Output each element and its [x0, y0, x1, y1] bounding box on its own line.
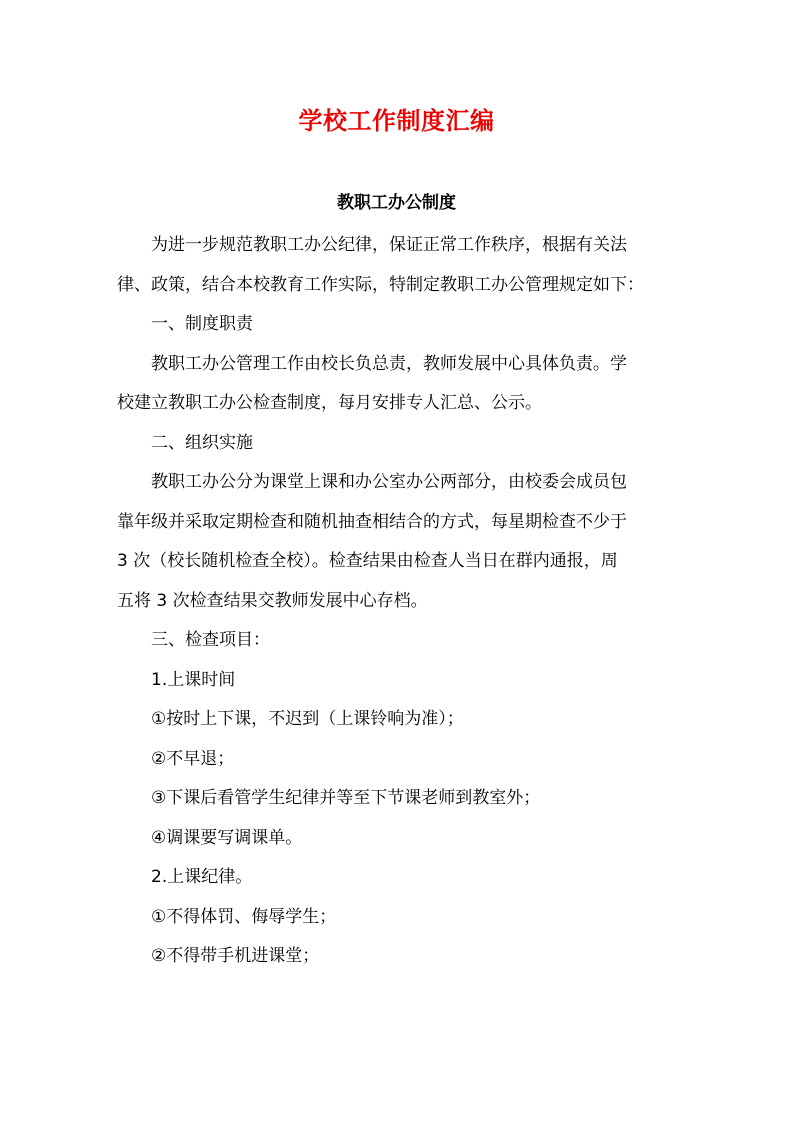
subheading-class-discipline: 2.上课纪律。: [117, 858, 683, 898]
section-title: 教职工办公制度: [0, 188, 793, 213]
subheading-class-time: 1.上课时间: [117, 661, 683, 701]
document-title: 学校工作制度汇编: [0, 101, 793, 136]
intro-line-2: 律、政策，结合本校教育工作实际，特制定教职工办公管理规定如下：: [117, 266, 683, 306]
implementation-line-2: 靠年级并采取定期检查和随机抽查相结合的方式，每星期检查不少于: [117, 503, 683, 543]
implementation-line-1: 教职工办公分为课堂上课和办公室办公两部分，由校委会成员包: [117, 463, 683, 503]
list-item: ①不得体罚、侮辱学生；: [117, 898, 683, 938]
heading-implementation: 二、组织实施: [117, 424, 683, 464]
implementation-line-3: 3 次（校长随机检查全校）。检查结果由检查人当日在群内通报，周: [117, 542, 683, 582]
heading-inspection-items: 三、检查项目：: [117, 621, 683, 661]
list-item: ①按时上下课，不迟到（上课铃响为准）；: [117, 700, 683, 740]
list-item: ③下课后看管学生纪律并等至下节课老师到教室外；: [117, 779, 683, 819]
document-page: 学校工作制度汇编 教职工办公制度 为进一步规范教职工办公纪律，保证正常工作秩序，…: [0, 0, 793, 1122]
heading-duties: 一、制度职责: [117, 305, 683, 345]
list-item: ②不得带手机进课堂；: [117, 937, 683, 977]
list-item: ②不早退；: [117, 740, 683, 780]
list-item: ④调课要写调课单。: [117, 819, 683, 859]
intro-line-1: 为进一步规范教职工办公纪律，保证正常工作秩序，根据有关法: [117, 226, 683, 266]
implementation-line-4: 五将 3 次检查结果交教师发展中心存档。: [117, 582, 683, 622]
duties-line-1: 教职工办公管理工作由校长负总责，教师发展中心具体负责。学: [117, 345, 683, 385]
document-body: 为进一步规范教职工办公纪律，保证正常工作秩序，根据有关法 律、政策，结合本校教育…: [117, 226, 683, 977]
duties-line-2: 校建立教职工办公检查制度，每月安排专人汇总、公示。: [117, 384, 683, 424]
